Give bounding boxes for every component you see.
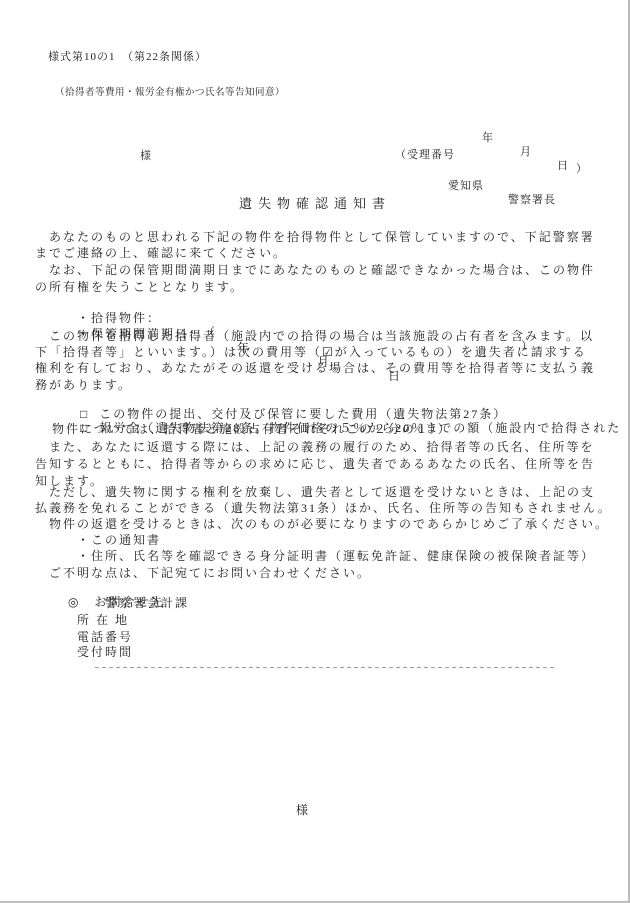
body-line: ・この通知書: [35, 533, 161, 547]
body-line: なお、下記の保管期間満期日までにあなたのものと確認できなかった場合は、この物件: [35, 263, 595, 277]
contact-phone-label: 電話番号: [77, 630, 133, 644]
dashed-separator: [95, 667, 557, 668]
receipt-number-label: （受理番号: [395, 148, 455, 162]
body-line: 務があります。: [35, 378, 132, 392]
contact-section: 警察署会計課: [105, 596, 189, 610]
contact-hours-label: 受付時間: [77, 645, 133, 659]
contact-address-label: 所 在 地: [77, 613, 129, 627]
body-line: この物件を拾得した拾得者（施設内での拾得の場合は当該施設の占有者を含みます。以: [35, 329, 594, 343]
body-line: また、あなたに返還する際には、上記の義務の履行のため、拾得者等の氏名、住所等を: [35, 440, 595, 454]
sender-line: 愛知県 警察署長: [0, 165, 630, 221]
body-line: までご連絡の上、確認に来てください。: [35, 246, 287, 260]
double-circle-icon: ◎: [68, 595, 80, 609]
footer-honorific: 様: [296, 803, 310, 817]
body-line: 告知するとともに、拾得者等からの求めに応じ、遺失者であるあなたの氏名、住所等を告: [35, 457, 595, 471]
body-line: 払義務を免れることができる（遺失物法第31条）ほか、氏名、住所等の告知もされませ…: [35, 501, 612, 515]
document-title: 遺失物確認通知書: [0, 197, 630, 211]
body-line: ただし、遺失物に関する権利を放棄し、遺失者として返還を受けないときは、上記の支: [35, 485, 595, 499]
body-line: ・住所、氏名等を確認できる身分証明書（運転免許証、健康保険の被保険者証等）: [35, 549, 595, 563]
body-line: の所有権を失うこととなります。: [35, 280, 244, 294]
checkbox-reward-wrap-line: 物件については、拾得者と施設占有者それぞれこの２分の１））: [52, 422, 452, 436]
prefecture-label: 愛知県: [448, 179, 484, 193]
body-line: あなたのものと思われる下記の物件を拾得物件として保管していますので、下記警察署: [35, 230, 595, 244]
lost-property-notice-document: 様式第10の1 （第22条関係） （拾得者等費用・報労金有権かつ氏名等告知同意）…: [0, 0, 630, 903]
body-line: 下「拾得者等」といいます。）は次の費用等（☑が入っているもの）を遺失者に請求する: [35, 345, 587, 359]
body-line: 権利を有しており、あなたがその返還を受ける場合は、その費用等を拾得者等に支払う義: [35, 361, 595, 375]
form-number: 様式第10の1 （第22条関係）: [48, 50, 207, 64]
body-line: ご不明な点は、下記宛てにお問い合わせください。: [35, 566, 371, 580]
addressee-honorific: 様: [140, 149, 152, 163]
form-subtitle: （拾得者等費用・報労金有権かつ氏名等告知同意）: [55, 86, 285, 100]
body-line: 物件の返還を受けるときは、次のものが必要になりますのであらかじめご了承ください。: [35, 517, 609, 531]
